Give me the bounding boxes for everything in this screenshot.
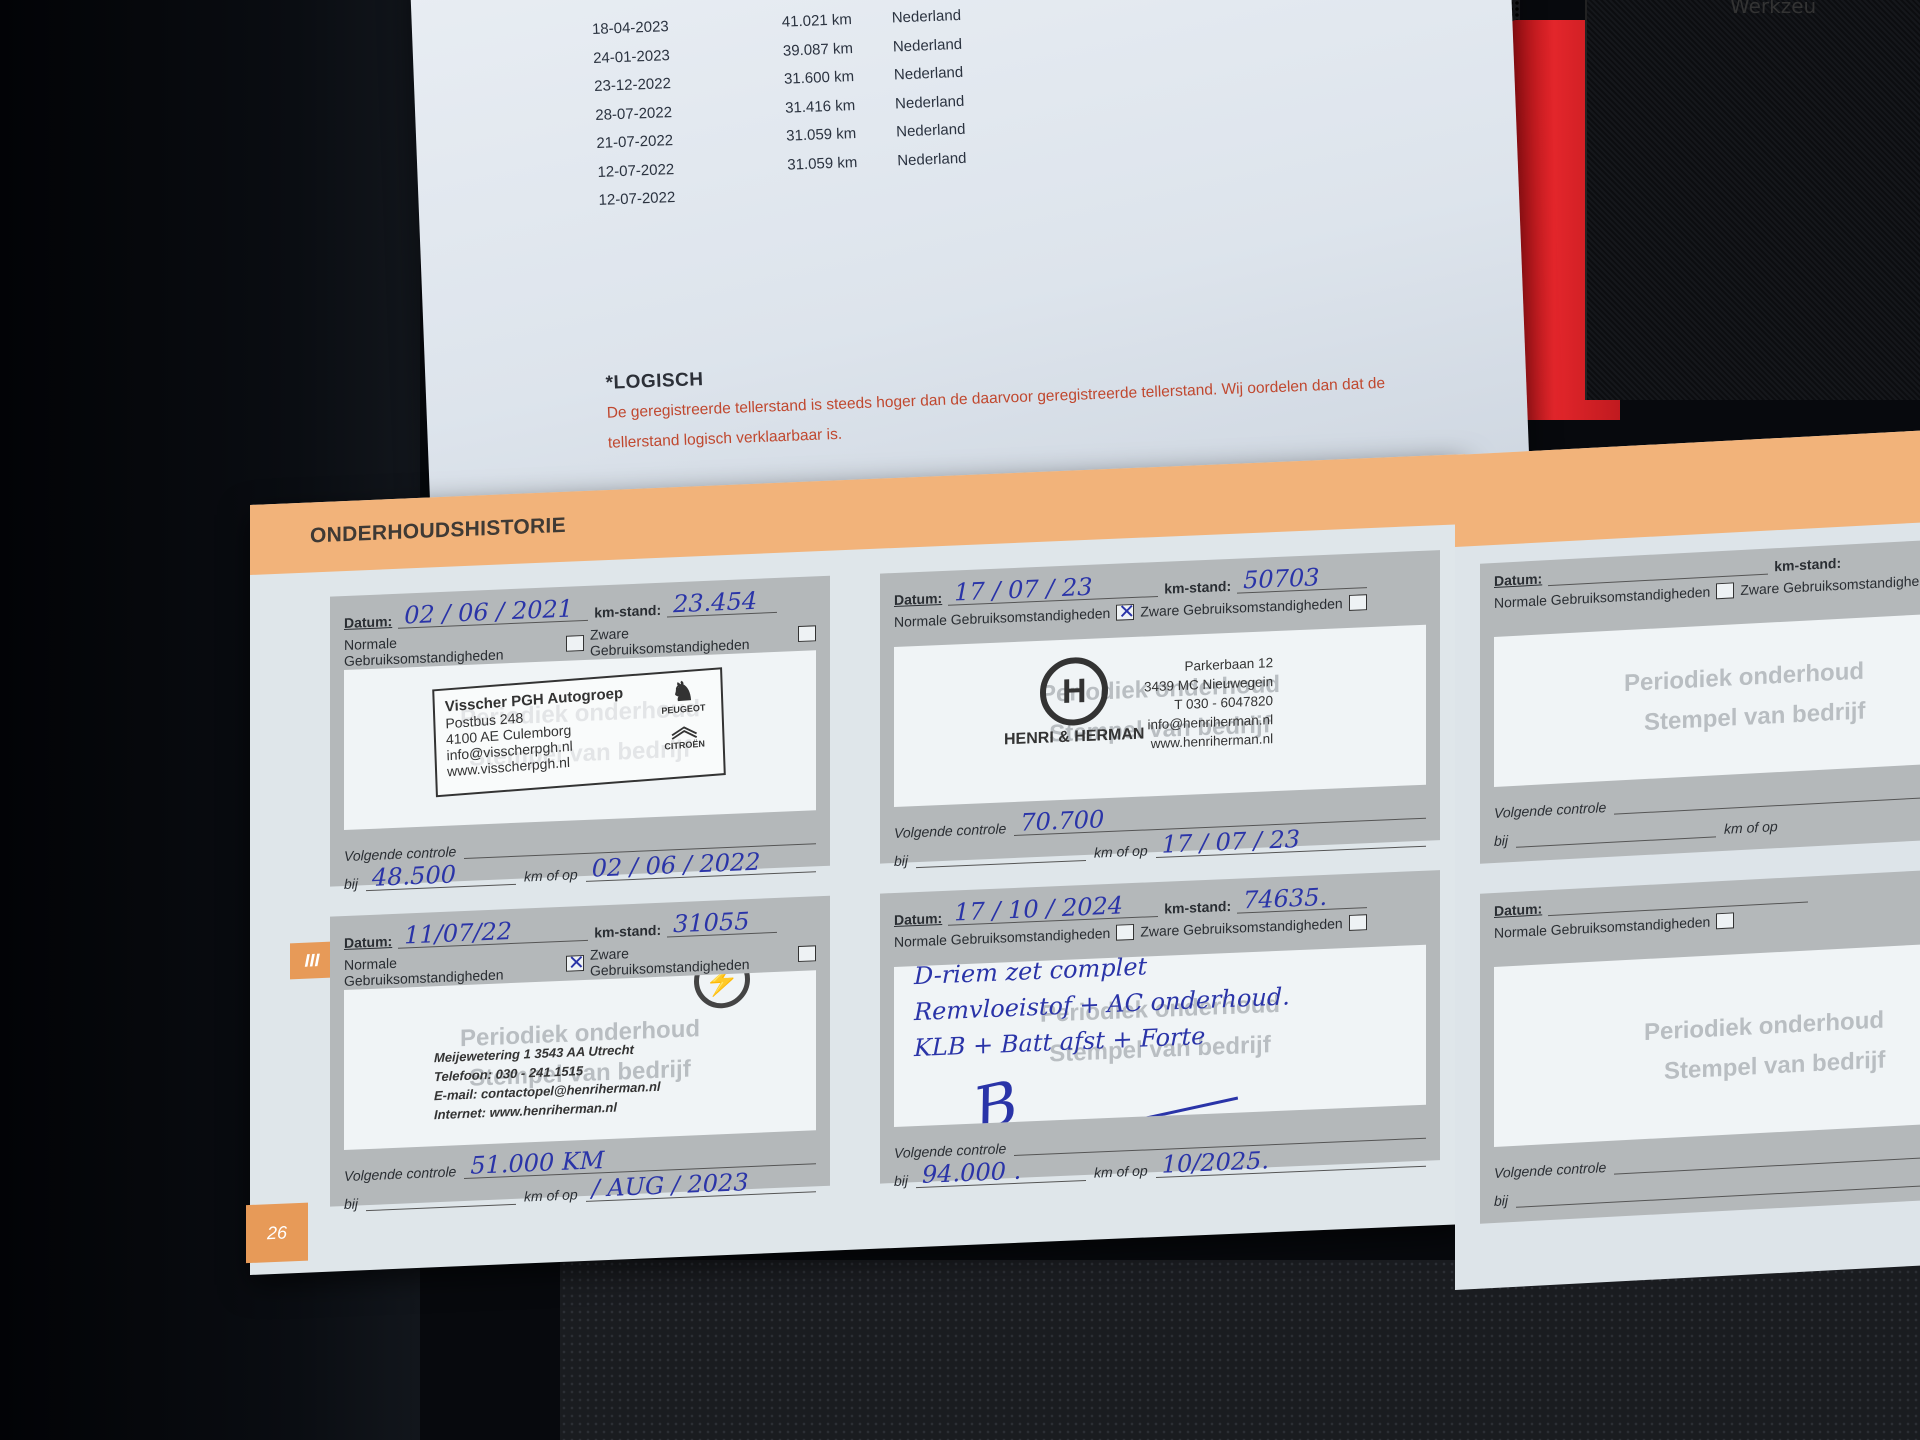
km-of-op-label: km of op	[524, 866, 578, 884]
km-stand-label: km-stand:	[594, 922, 661, 941]
henri-herman-logo: H HENRI & HERMAN	[1004, 655, 1144, 749]
odometer-km: 31.600 km	[734, 68, 855, 90]
datum-value: 17 / 10 / 2024	[948, 892, 1158, 926]
normale-label: Normale Gebruiksomstandigheden	[894, 605, 1110, 630]
km-stand-value: 74635.	[1237, 883, 1367, 913]
odometer-km	[739, 191, 859, 196]
opel-logo-icon: ⚡	[694, 970, 750, 1009]
km-of-op-value: / AUG / 2023	[586, 1167, 816, 1202]
odometer-report: 46.639 kmNederland18-04-202341.021 kmNed…	[410, 0, 1530, 520]
booklet-title: ONDERHOUDSHISTORIE	[310, 514, 566, 549]
maintenance-entry-blank: Datum: Normale Gebruiksomstandigheden Pe…	[1480, 866, 1920, 1223]
seat-fabric	[560, 1260, 1920, 1440]
km-stand-label: km-stand:	[1774, 555, 1841, 575]
bij-value[interactable]	[1516, 836, 1716, 847]
km-stand-value: 50703	[1237, 563, 1367, 593]
maintenance-entry-blank: Datum: km-stand: Normale Gebruiksomstand…	[1480, 536, 1920, 863]
odometer-date: 23-12-2022	[594, 73, 735, 95]
odometer-km: 41.021 km	[732, 11, 853, 33]
datum-label: Datum:	[344, 933, 392, 951]
normale-checkbox[interactable]	[1716, 582, 1734, 599]
normale-checkbox[interactable]	[1716, 912, 1734, 929]
odometer-date: 24-01-2023	[593, 44, 734, 66]
maintenance-entry: Datum: 17 / 10 / 2024 km-stand: 74635. N…	[880, 870, 1440, 1183]
bij-value	[916, 860, 1086, 868]
bij-value: 48.500	[366, 860, 516, 891]
watermark: Periodiek onderhoud	[1494, 651, 1920, 705]
stamp-area: Periodiek onderhoud Stempel van bedrijf	[1494, 611, 1920, 787]
booklet-page-right: Datum: km-stand: Normale Gebruiksomstand…	[1455, 428, 1920, 1290]
km-stand-label: km-stand:	[1164, 578, 1231, 597]
black-pouch	[1585, 0, 1920, 400]
km-of-op-value: 02 / 06 / 2022	[586, 847, 816, 882]
datum-value: 11/07/22	[398, 916, 588, 949]
stamp-line: www.henriherman.nl	[1144, 729, 1273, 753]
datum-value: 02 / 06 / 2021	[398, 596, 588, 629]
odometer-km: 31.059 km	[736, 125, 857, 147]
normale-label: Normale Gebruiksomstandigheden	[1494, 914, 1710, 941]
normale-checkbox[interactable]	[566, 635, 584, 652]
km-stand-value: 31055	[667, 908, 777, 938]
dealer-address: Parkerbaan 12 3439 MC Nieuwegein T 030 -…	[1144, 653, 1273, 753]
dealer-address: Meijewetering 1 3543 AA Utrecht Telefoon…	[434, 1039, 661, 1124]
datum-label: Datum:	[894, 910, 942, 928]
zware-label: Zware Gebruiksomstandigheden	[1740, 571, 1920, 598]
normale-checkbox[interactable]	[1116, 924, 1134, 941]
km-of-op-label: km of op	[1094, 842, 1148, 860]
odometer-country: Nederland	[897, 148, 1018, 170]
normale-checkbox[interactable]	[1116, 604, 1134, 621]
watermark: Periodiek onderhoud	[1494, 1001, 1920, 1055]
km-of-op-label: km of op	[1094, 1162, 1148, 1180]
maintenance-booklet: ONDERHOUDSHISTORIE III 26 Datum: 02 / 06…	[250, 455, 1920, 1285]
odometer-country	[898, 185, 1018, 190]
stamp-area: Periodiek onderhoud Stempel van bedrijf …	[344, 650, 816, 830]
odometer-country: Nederland	[896, 119, 1017, 141]
odometer-country: Nederland	[891, 5, 1012, 27]
km-stand-label: km-stand:	[594, 602, 661, 621]
datum-label: Datum:	[344, 613, 392, 631]
zware-label: Zware Gebruiksomstandigheden	[1140, 915, 1342, 939]
odometer-country: Nederland	[894, 62, 1015, 84]
odometer-country: Nederland	[895, 91, 1016, 113]
maintenance-entry: Datum: 17 / 07 / 23 km-stand: 50703 Norm…	[880, 550, 1440, 863]
bij-label: bij	[344, 1195, 358, 1212]
dealer-stamp: Visscher PGH Autogroep Postbus 248 4100 …	[432, 667, 726, 797]
km-stand-value: 23.454	[667, 588, 777, 618]
zware-checkbox[interactable]	[1349, 594, 1367, 611]
odometer-country: Nederland	[893, 34, 1014, 56]
booklet-page-left: ONDERHOUDSHISTORIE III 26 Datum: 02 / 06…	[250, 454, 1465, 1275]
stamp-area: Periodiek onderhoud Stempel van bedrijf …	[894, 625, 1426, 807]
stamp-area: Periodiek onderhoud Stempel van bedrijf	[1494, 941, 1920, 1147]
maintenance-entry: Datum: 11/07/22 km-stand: 31055 Normale …	[330, 896, 830, 1207]
odometer-km: 46.639 km	[731, 0, 852, 4]
bij-value: 94.000 .	[916, 1156, 1086, 1188]
datum-label: Datum:	[894, 590, 942, 608]
bij-label: bij	[1494, 1192, 1508, 1209]
page-number: 26	[246, 1203, 308, 1264]
section-tab: III	[290, 941, 334, 979]
odometer-km: 31.416 km	[735, 97, 856, 119]
maintenance-entry: Datum: 02 / 06 / 2021 km-stand: 23.454 N…	[330, 576, 830, 887]
km-of-op-label: km of op	[1724, 818, 1778, 837]
hh-circle-icon: H	[1040, 656, 1108, 727]
normale-label: Normale Gebruiksomstandigheden	[894, 925, 1110, 950]
zware-checkbox[interactable]	[798, 625, 816, 642]
zware-checkbox[interactable]	[798, 945, 816, 962]
normale-checkbox[interactable]	[566, 955, 584, 972]
odometer-date: 12-07-2022	[597, 158, 738, 180]
odometer-date	[591, 0, 731, 1]
normale-label: Normale Gebruiksomstandigheden	[1494, 584, 1710, 611]
bij-label: bij	[1494, 832, 1508, 849]
zware-checkbox[interactable]	[1349, 914, 1367, 931]
stamp-area: Periodiek onderhoud Stempel van bedrijf …	[344, 970, 816, 1150]
bij-label: bij	[894, 852, 908, 869]
dealer-stamp: HENRI & HERMAN ⚡ Meijewetering 1 3543 AA…	[394, 971, 794, 1148]
bij-value	[366, 1204, 516, 1211]
stamp-area: Periodiek onderhoud Stempel van bedrijf …	[894, 945, 1426, 1127]
datum-label: Datum:	[1494, 570, 1542, 589]
datum-label: Datum:	[1494, 900, 1542, 919]
odometer-history-table: 46.639 kmNederland18-04-202341.021 kmNed…	[590, 0, 1018, 215]
bij-value[interactable]	[1516, 1182, 1920, 1208]
km-stand-label: km-stand:	[1164, 898, 1231, 917]
odometer-km: 39.087 km	[733, 40, 854, 62]
bij-label: bij	[894, 1172, 908, 1189]
bij-label: bij	[344, 875, 358, 892]
logisch-section: *LOGISCH De geregistreerde tellerstand i…	[605, 341, 1428, 458]
odometer-date: 12-07-2022	[598, 187, 739, 209]
zware-label: Zware Gebruiksomstandigheden	[1140, 595, 1342, 619]
odometer-date: 28-07-2022	[595, 101, 736, 123]
handwritten-notes: D-riem zet complet Remvloeistof + AC ond…	[914, 945, 1290, 1066]
km-of-op-label: km of op	[524, 1186, 578, 1204]
odometer-km: 31.059 km	[737, 154, 858, 176]
odometer-date: 21-07-2022	[596, 130, 737, 152]
pouch-label: Werkzeu	[1730, 0, 1816, 18]
odometer-date: 18-04-2023	[592, 16, 733, 38]
